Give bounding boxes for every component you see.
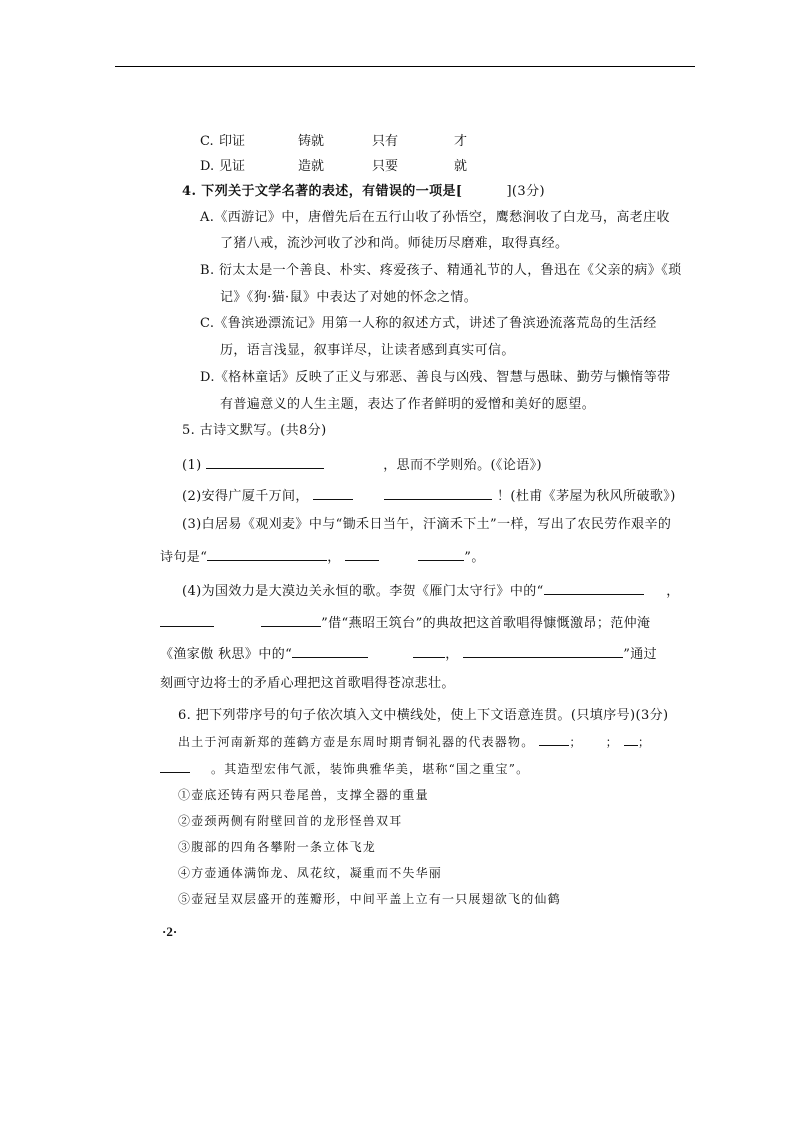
q4-option-a-line1: A.《西游记》中，唐僧先后在五行山收了孙悟空，鹰愁涧收了白龙马，高老庄收 (200, 210, 670, 226)
fill-blank[interactable] (206, 456, 324, 469)
q6-title: 6. 把下列带序号的句子依次填入文中横线处，使上下文语意连贯。(只填序号)(3分… (178, 708, 669, 724)
option-word-1: 见证 (219, 159, 245, 175)
option-word-2: 造就 (298, 159, 324, 175)
option-word-3: 只要 (372, 159, 398, 175)
option-word-3: 只有 (372, 134, 398, 150)
fill-blank[interactable] (207, 548, 327, 561)
header-rule (115, 66, 695, 67)
q5-item-4-line4: 刻画守边将士的矛盾心理把这首歌唱得苍凉悲壮。 (160, 676, 455, 692)
fill-blank[interactable] (160, 760, 190, 773)
option-word-4: 才 (454, 134, 467, 150)
q4-option-b-line2: 记》《狗·猫·鼠》中表达了对她的怀念之情。 (220, 290, 477, 306)
q4-stem: 4. 下列关于文学名著的表述，有错误的一项是[](3分) (182, 183, 545, 200)
q6-passage-line1: 出土于河南新郑的莲鹤方壶是东周时期青铜礼器的代表器物。 ； ； ； (178, 733, 651, 750)
q6-sentence-4: ④方壶通体满饰龙、凤花纹，凝重而不失华丽 (178, 865, 442, 881)
fill-blank[interactable] (539, 733, 569, 746)
q5-title: 5. 古诗文默写。(共8分) (182, 423, 327, 439)
q4-option-c-line1: C.《鲁滨逊漂流记》用第一人称的叙述方式，讲述了鲁滨逊流落荒岛的生活经 (200, 316, 657, 332)
q6-sentence-3: ③腹部的四角各攀附一条立体飞龙 (178, 839, 376, 855)
q5-item-2: (2)安得广厦千万间， ！(杜甫《茅屋为秋风所破歌》) (182, 487, 676, 505)
page-number: ·2· (162, 924, 177, 940)
q5-item-1: (1) ，思而不学则殆。(《论语》) (182, 456, 542, 474)
q4-option-b-line1: B. 衍太太是一个善良、朴实、疼爱孩子、精通礼节的人，鲁迅在《父亲的病》《琐 (200, 263, 682, 279)
option-word-2: 铸就 (298, 134, 324, 150)
answer-bracket (462, 183, 506, 195)
option-letter: D. (200, 159, 214, 175)
fill-blank[interactable] (345, 548, 379, 561)
q5-item-3-line1: (3)白居易《观刈麦》中与“锄禾日当午，汗滴禾下土”一样，写出了农民劳作艰辛的 (182, 517, 671, 533)
fill-blank[interactable] (463, 645, 623, 658)
q6-sentence-2: ②壶颈两侧有附壁回首的龙形怪兽双耳 (178, 813, 402, 829)
fill-blank[interactable] (384, 487, 492, 500)
fill-blank[interactable] (413, 645, 445, 658)
q5-item-4-line1: (4)为国效力是大漠边关永恒的歌。李贺《雁门太守行》中的“ ， (182, 582, 680, 600)
q4-option-d-line2: 有普遍意义的人生主题，表达了作者鲜明的爱憎和美好的愿望。 (220, 397, 595, 413)
fill-blank[interactable] (261, 614, 321, 627)
fill-blank[interactable] (292, 645, 368, 658)
q4-option-c-line2: 历，语言浅显，叙事详尽，让读者感到真实可信。 (220, 343, 515, 359)
option-letter: C. (200, 134, 214, 150)
fill-blank[interactable] (418, 548, 464, 561)
q5-item-4-line2: ”借“燕昭王筑台”的典故把这首歌唱得慷慨激昂；范仲淹 (160, 614, 650, 632)
q6-passage-line2: 。其造型宏伟气派，装饰典雅华美，堪称“国之重宝”。 (160, 760, 529, 777)
fill-blank[interactable] (624, 733, 638, 746)
fill-blank[interactable] (313, 487, 353, 500)
option-word-1: 印证 (219, 134, 245, 150)
fill-blank[interactable] (544, 582, 644, 595)
q4-option-d-line1: D.《格林童话》反映了正义与邪恶、善良与凶残、智慧与愚昧、勤劳与懒惰等带 (200, 370, 671, 386)
q5-item-4-line3: 《渔家傲 秋思》中的“ ， ”通过 (160, 645, 657, 663)
q4-option-a-line2: 了猪八戒，流沙河收了沙和尚。师徒历尽磨难，取得真经。 (220, 236, 568, 252)
q6-sentence-1: ①壶底还铸有两只卷尾兽，支撑全器的重量 (178, 787, 429, 803)
option-word-4: 就 (454, 159, 467, 175)
q6-sentence-5: ⑤壶冠呈双层盛开的莲瓣形，中间平盖上立有一只展翅欲飞的仙鹤 (178, 891, 561, 907)
fill-blank[interactable] (160, 614, 214, 627)
q5-item-3-line2: 诗句是“， ”。 (160, 548, 485, 566)
